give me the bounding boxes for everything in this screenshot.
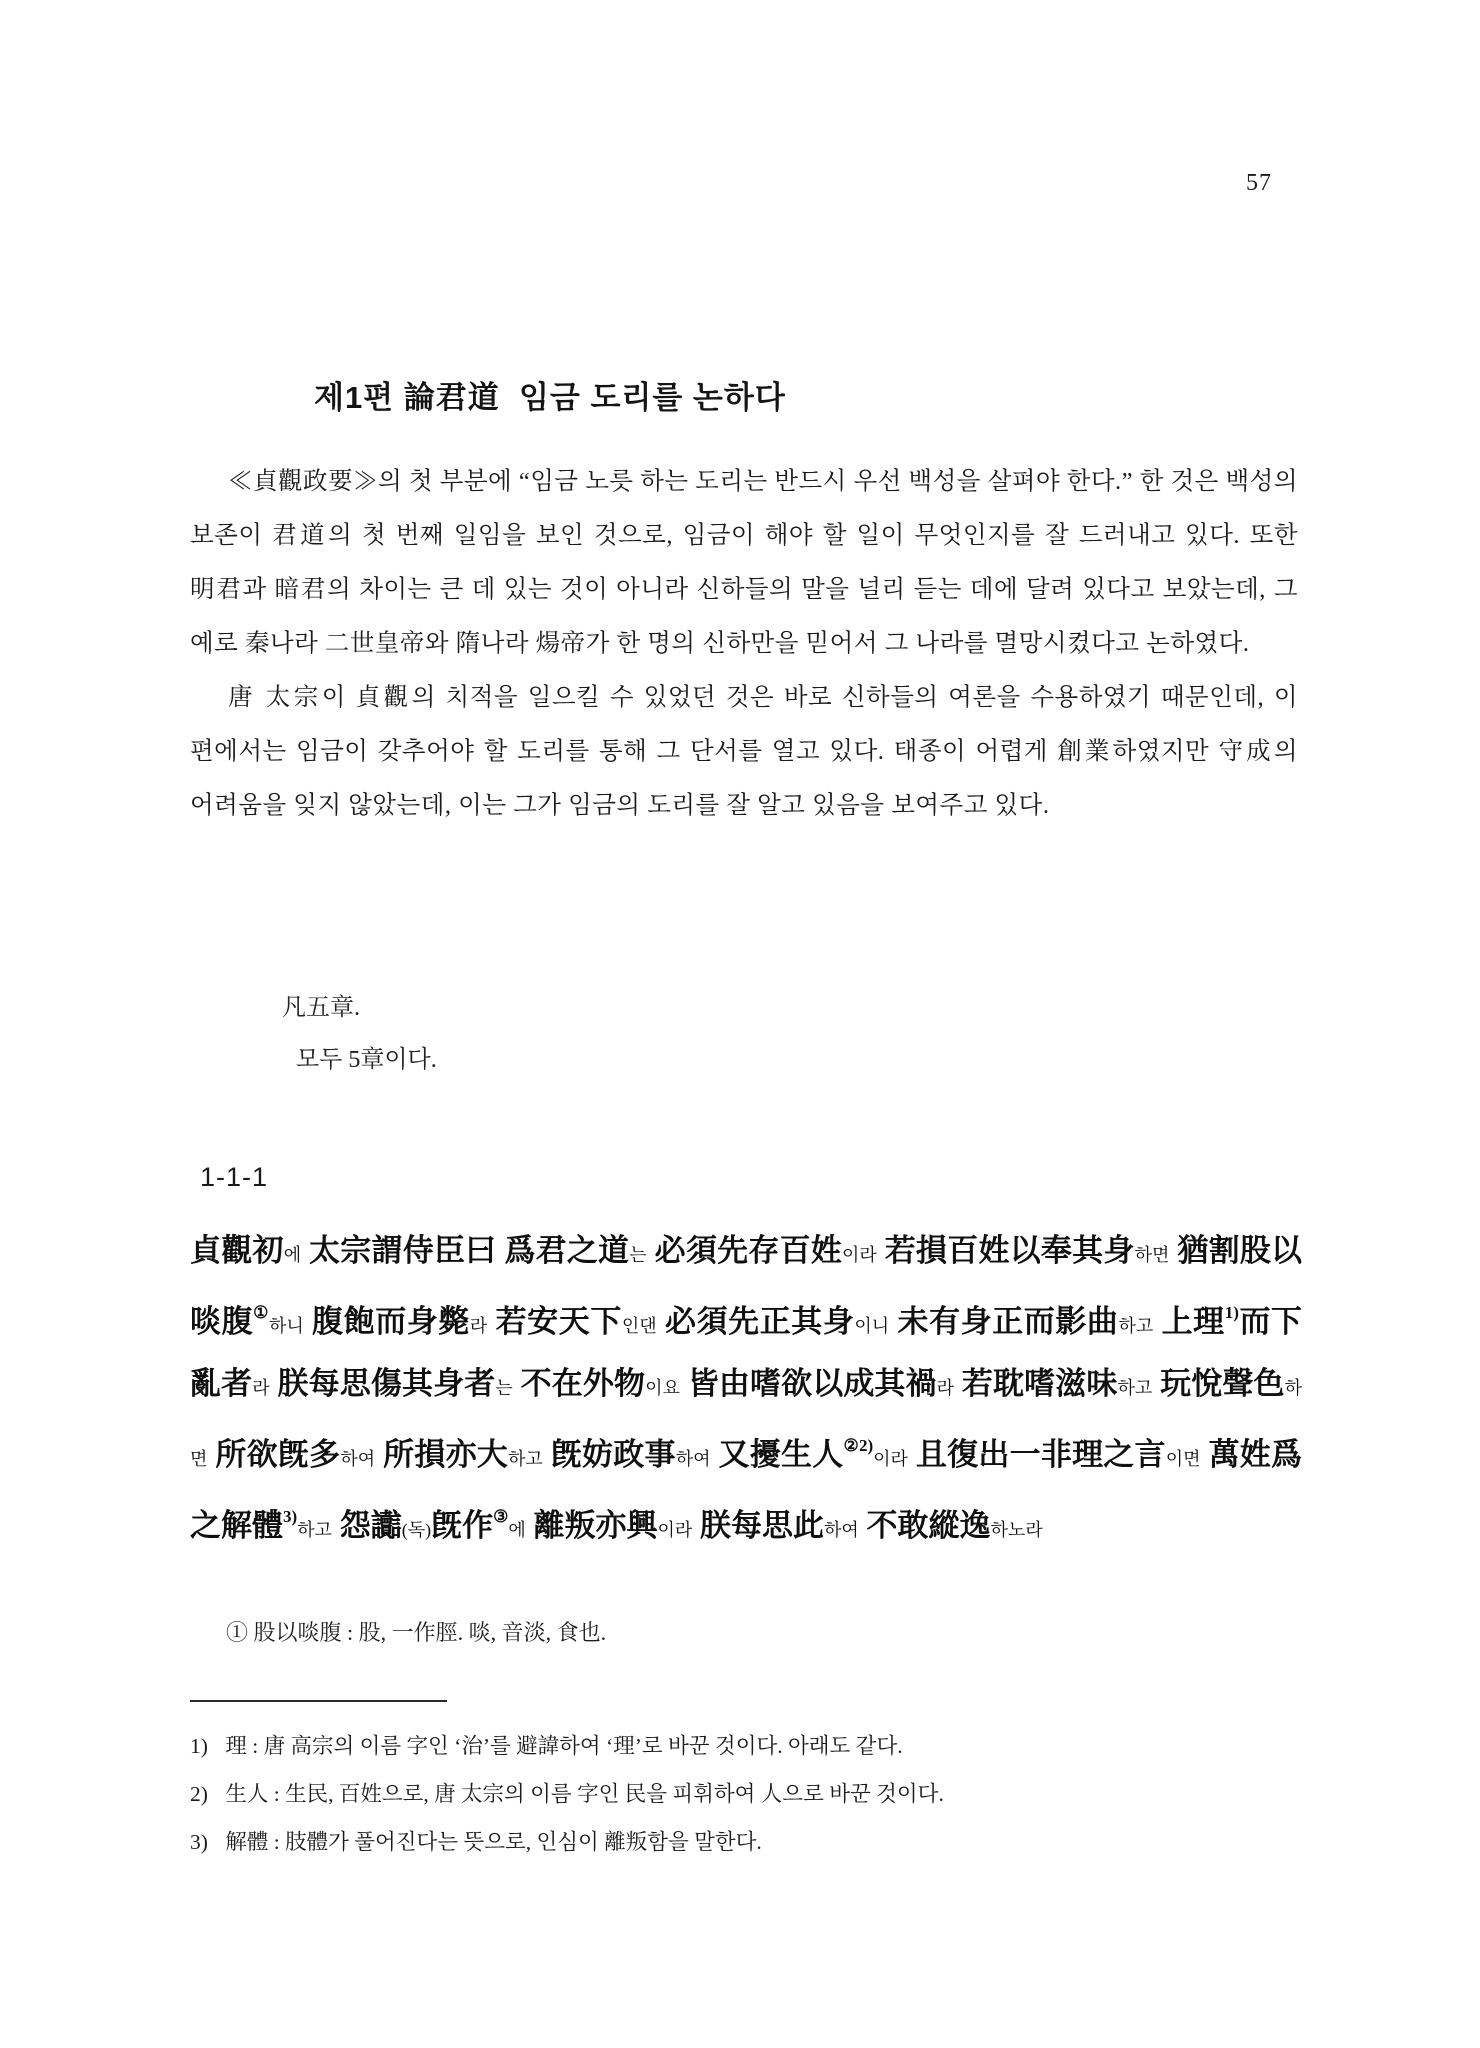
- hangul-gloss: 하고: [1118, 1378, 1153, 1398]
- section-number: 1-1-1: [200, 1162, 268, 1193]
- inline-annotation-note: ① 股以啖腹 : 股, 一作脛. 啖, 音淡, 食也.: [226, 1616, 1296, 1647]
- footnotes: 1) 理 : 唐 高宗의 이름 字인 ‘治’를 避諱하여 ‘理’로 바꾼 것이다…: [190, 1722, 1305, 1866]
- footnote-divider: [190, 1700, 447, 1702]
- intro-paragraph-2: 唐 太宗이 貞觀의 치적을 일으킬 수 있었던 것은 바로 신하들의 여론을 수…: [190, 671, 1298, 833]
- hanja-text: 上理: [1153, 1304, 1224, 1339]
- hanja-text: 太宗謂侍臣曰 爲君之道: [301, 1233, 629, 1268]
- footnote: 3) 解體 : 肢體가 풀어진다는 뜻으로, 인심이 離叛함을 말한다.: [190, 1818, 1305, 1866]
- document-page: 57 제1편 論君道 임금 도리를 논하다 ≪貞觀政要≫의 첫 부분에 “임금 …: [0, 0, 1480, 2048]
- hanja-text: 貞觀初: [190, 1233, 284, 1268]
- footnote-marker: 2): [190, 1770, 220, 1818]
- hangul-gloss: 이라: [873, 1449, 908, 1469]
- hanja-text: 朕每思傷其身者: [270, 1366, 496, 1401]
- hanja-text: 未有身正而影曲: [889, 1304, 1118, 1339]
- hanja-text: 所損亦大: [375, 1437, 508, 1472]
- note-marker: 3): [283, 1507, 297, 1526]
- note-marker: ③: [493, 1507, 508, 1526]
- hanja-text: 玩悅聲色: [1152, 1366, 1284, 1401]
- hanja-text: 腹飽而身斃: [304, 1304, 470, 1339]
- note-marker: ②2): [843, 1436, 873, 1455]
- hanja-text: 皆由嗜欲以成其禍: [680, 1366, 937, 1401]
- hangul-gloss: 에: [284, 1245, 301, 1265]
- hanja-text: 又擾生人: [711, 1437, 844, 1472]
- note-marker: ①: [253, 1303, 269, 1322]
- footnote-marker: 1): [190, 1722, 220, 1770]
- hangul-gloss: 인댄: [622, 1316, 657, 1336]
- hanja-text: 朕每思此: [692, 1508, 824, 1543]
- hanja-text: 旣妨政事: [543, 1437, 676, 1472]
- hanja-text: 不敢縱逸: [859, 1508, 991, 1543]
- hanja-text: 若耽嗜滋味: [954, 1366, 1117, 1401]
- hanja-text: 旣作: [431, 1508, 493, 1543]
- hangul-gloss: 라: [252, 1378, 269, 1398]
- hanja-text: 離叛亦興: [526, 1508, 658, 1543]
- hangul-gloss: 이라: [657, 1520, 692, 1540]
- hangul-gloss: 는: [629, 1245, 646, 1265]
- footnote-text: 解體 : 肢體가 풀어진다는 뜻으로, 인심이 離叛함을 말한다.: [220, 1830, 762, 1854]
- introduction: ≪貞觀政要≫의 첫 부분에 “임금 노릇 하는 도리는 반드시 우선 백성을 살…: [190, 455, 1298, 833]
- hanja-text: 不在外物: [513, 1366, 645, 1401]
- note-marker: 1): [1225, 1303, 1239, 1322]
- chapter-count-hanja: 凡五章.: [282, 982, 437, 1034]
- hangul-gloss: 하여: [824, 1520, 859, 1540]
- page-number: 57: [1246, 170, 1272, 197]
- hanja-text: 必須先存百姓: [647, 1233, 842, 1268]
- hangul-gloss: 하고: [297, 1520, 332, 1540]
- hangul-gloss: (독): [402, 1520, 431, 1540]
- hangul-gloss: 이니: [854, 1316, 889, 1336]
- hangul-gloss: 는: [495, 1378, 512, 1398]
- hangul-gloss: 라: [937, 1378, 954, 1398]
- hangul-gloss: 하노라: [991, 1520, 1043, 1540]
- hangul-gloss: 하니: [269, 1316, 304, 1336]
- hangul-gloss: 하면: [1135, 1245, 1170, 1265]
- hanja-text: 若安天下: [487, 1304, 622, 1339]
- footnote: 1) 理 : 唐 高宗의 이름 字인 ‘治’를 避諱하여 ‘理’로 바꾼 것이다…: [190, 1722, 1305, 1770]
- hangul-gloss: 하고: [508, 1449, 543, 1469]
- hanja-text: 且復出一非理之言: [908, 1437, 1166, 1472]
- chapter-count-korean: 모두 5章이다.: [296, 1034, 437, 1086]
- footnote-marker: 3): [190, 1818, 220, 1866]
- hanja-text: 怨讟: [332, 1508, 402, 1543]
- hangul-gloss: 하고: [1118, 1316, 1153, 1336]
- hangul-gloss: 이라: [842, 1245, 877, 1265]
- hangul-gloss: 이요: [645, 1378, 680, 1398]
- hangul-gloss: 라: [470, 1316, 487, 1336]
- footnote-text: 生人 : 生民, 百姓으로, 唐 太宗의 이름 字인 民을 피휘하여 人으로 바…: [220, 1782, 944, 1806]
- chapter-count-note: 凡五章. 모두 5章이다.: [282, 982, 437, 1086]
- hangul-gloss: 하여: [340, 1449, 375, 1469]
- hanja-text: 必須先正其身: [657, 1304, 855, 1339]
- hanja-text: 所欲旣多: [207, 1437, 340, 1472]
- hangul-gloss: 이면: [1166, 1449, 1201, 1469]
- hangul-gloss: 하여: [676, 1449, 711, 1469]
- classical-text: 貞觀初에 太宗謂侍臣曰 爲君之道는 必須先存百姓이라 若損百姓以奉其身하면 猶割…: [190, 1222, 1302, 1559]
- footnote-text: 理 : 唐 高宗의 이름 字인 ‘治’를 避諱하여 ‘理’로 바꾼 것이다. 아…: [220, 1734, 903, 1758]
- hanja-text: 若損百姓以奉其身: [877, 1233, 1135, 1268]
- chapter-title: 제1편 論君道 임금 도리를 논하다: [314, 372, 786, 417]
- footnote: 2) 生人 : 生民, 百姓으로, 唐 太宗의 이름 字인 民을 피휘하여 人으…: [190, 1770, 1305, 1818]
- hangul-gloss: 에: [508, 1520, 525, 1540]
- intro-paragraph-1: ≪貞觀政要≫의 첫 부분에 “임금 노릇 하는 도리는 반드시 우선 백성을 살…: [190, 455, 1298, 671]
